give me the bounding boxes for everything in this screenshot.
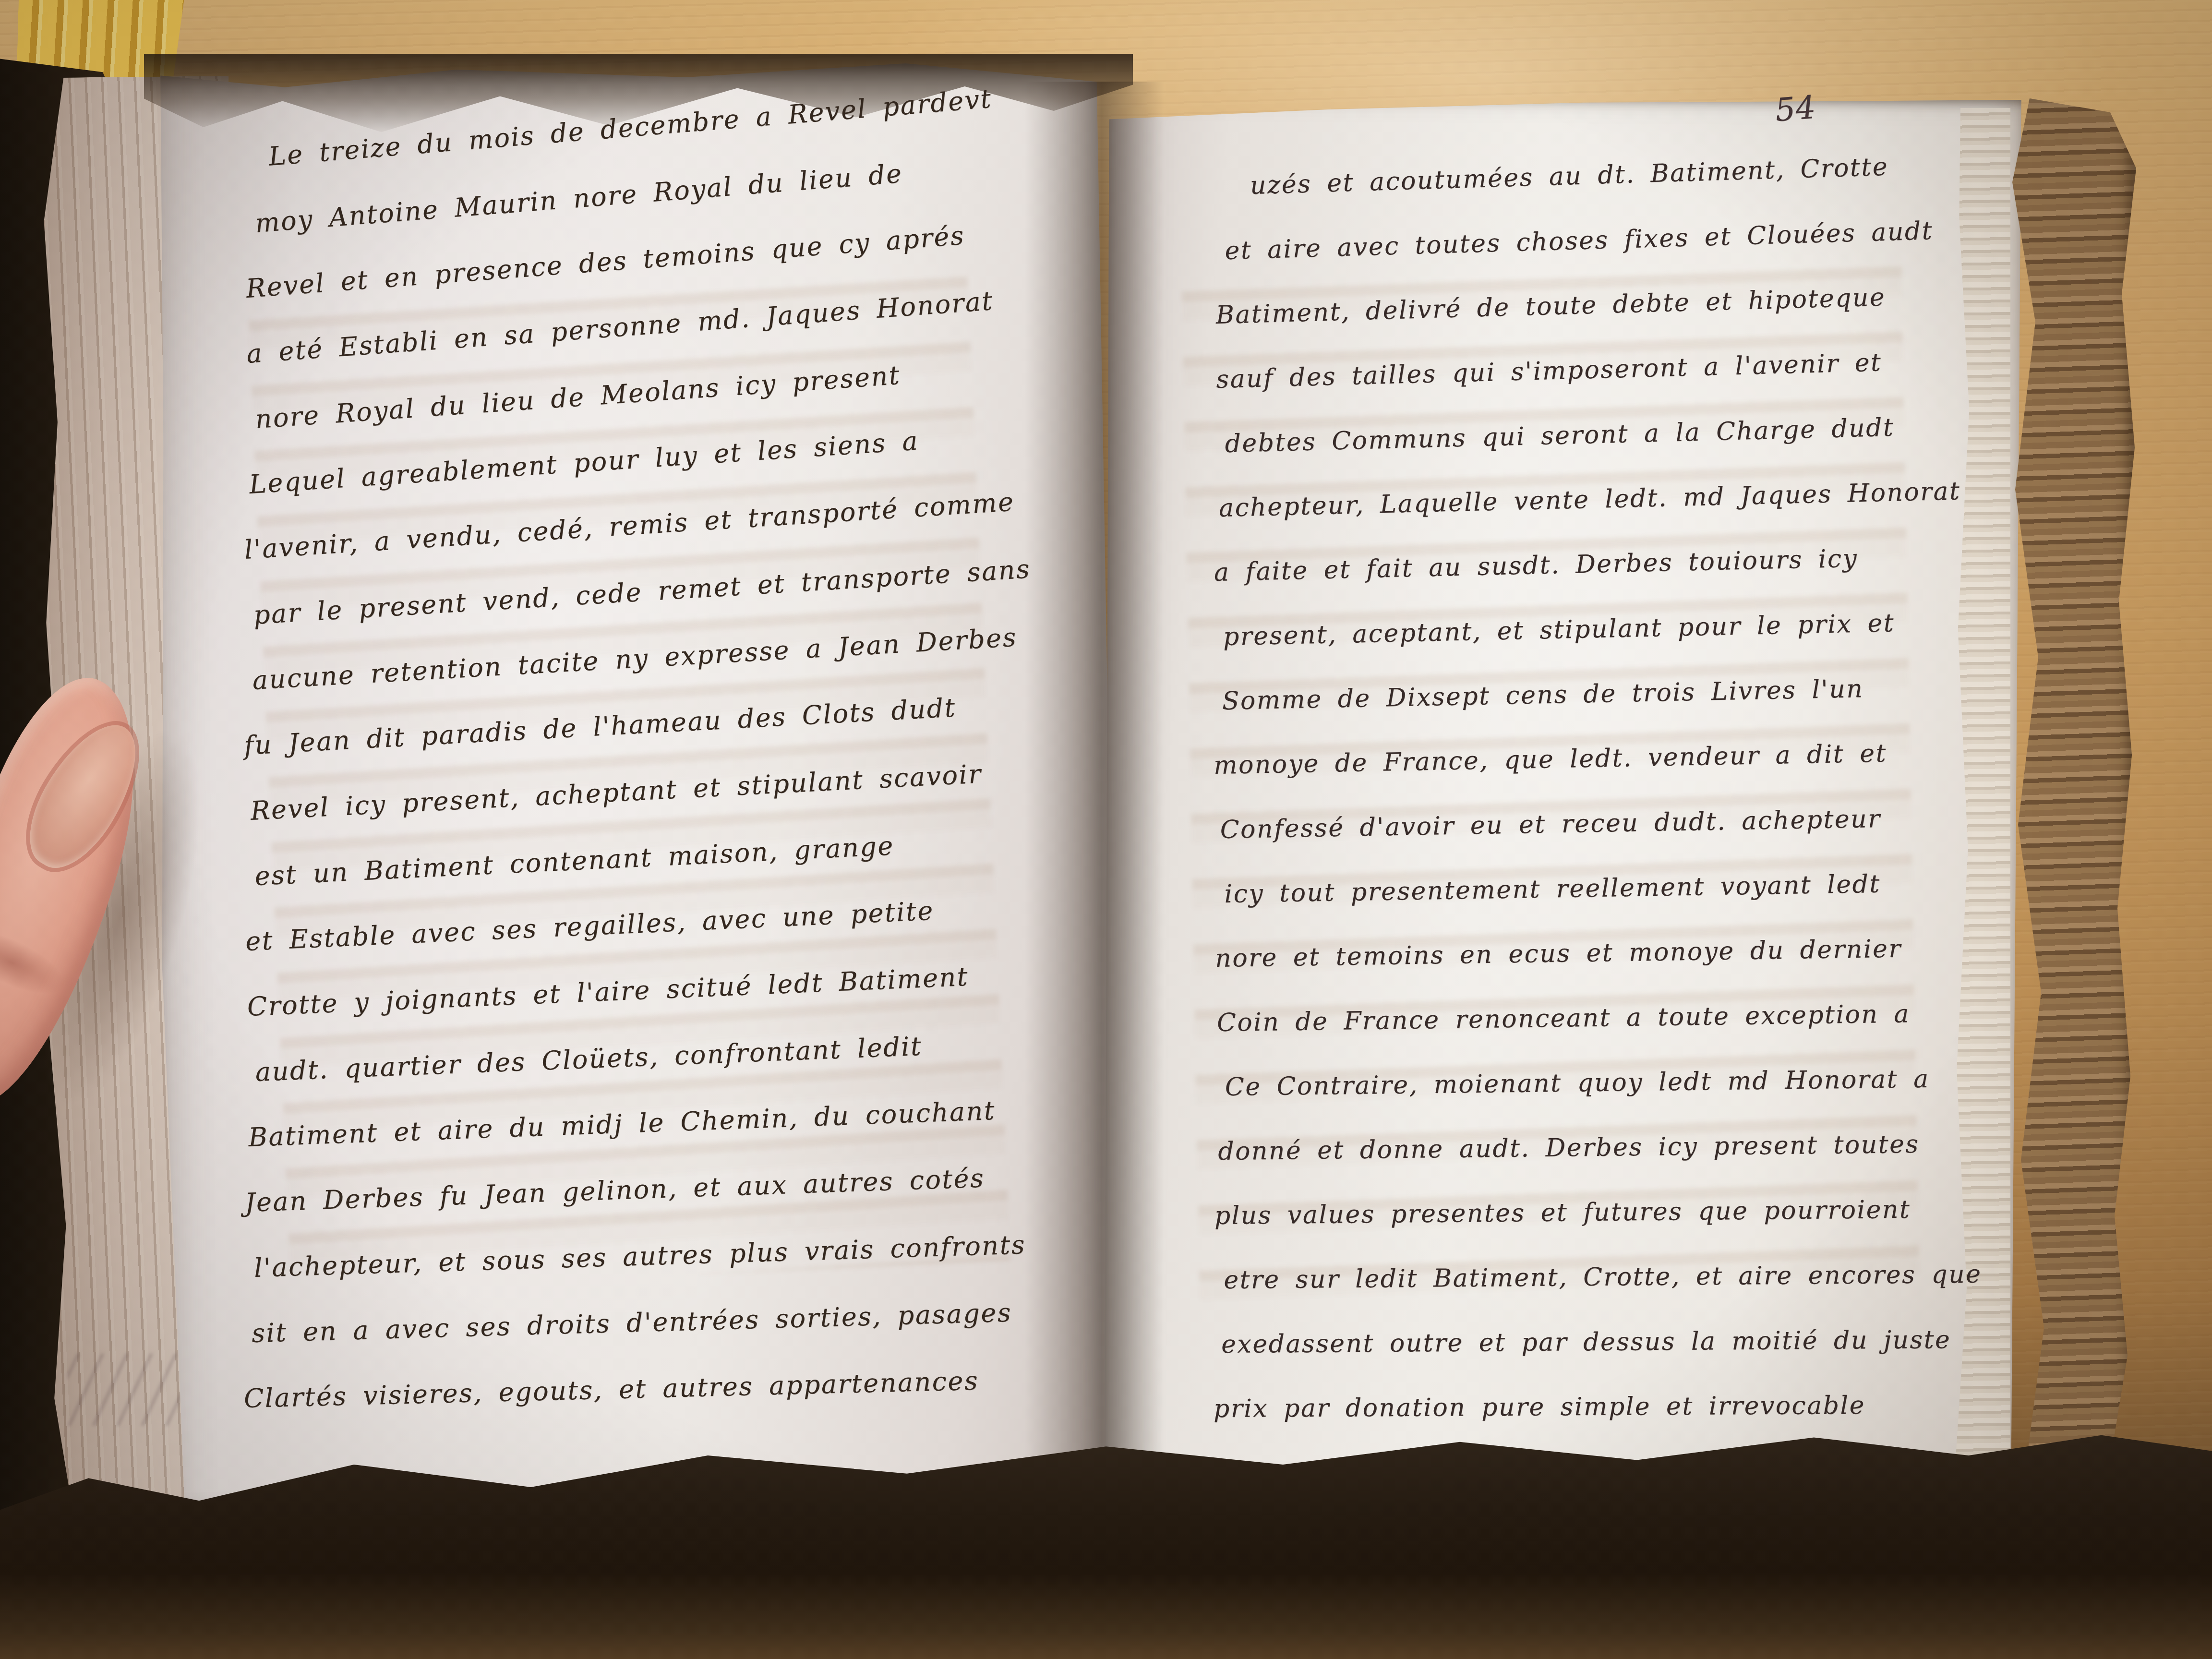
left-page-text-block: Le treize du mois de decembre a Revel pa… (250, 126, 1114, 1431)
manuscript-line: prix par donation pure simple et irrevoc… (1214, 1372, 2020, 1441)
manuscript-line: Coin de France renonceant a toute except… (1216, 980, 2024, 1055)
manuscript-line: exedassent outre et par dessus la moitié… (1221, 1307, 2028, 1377)
manuscript-line: icy tout presentement reellement voyant … (1224, 850, 2032, 926)
right-page-text-block: uzés et acoutumées au dt. Batiment, Crot… (1219, 155, 2026, 1441)
manuscript-line: etre sur ledit Batiment, Crotte, et aire… (1224, 1242, 2031, 1312)
manuscript-line: plus values presentes et futures que pou… (1214, 1177, 2021, 1248)
thumb-crease (0, 918, 73, 1007)
manuscript-line: donné et donne audt. Derbes icy present … (1218, 1111, 2025, 1184)
manuscript-line: nore et temoins en ecus et monoye du der… (1214, 915, 2022, 991)
photo-of-open-manuscript-book: Le treize du mois de decembre a Revel pa… (0, 0, 2212, 1659)
folio-number: 54 (1774, 88, 1817, 129)
manuscript-line: Ce Contraire, moienant quoy ledt md Hono… (1225, 1046, 2032, 1119)
manuscript-line: Confessé d'avoir eu et receu dudt. achep… (1220, 784, 2027, 862)
